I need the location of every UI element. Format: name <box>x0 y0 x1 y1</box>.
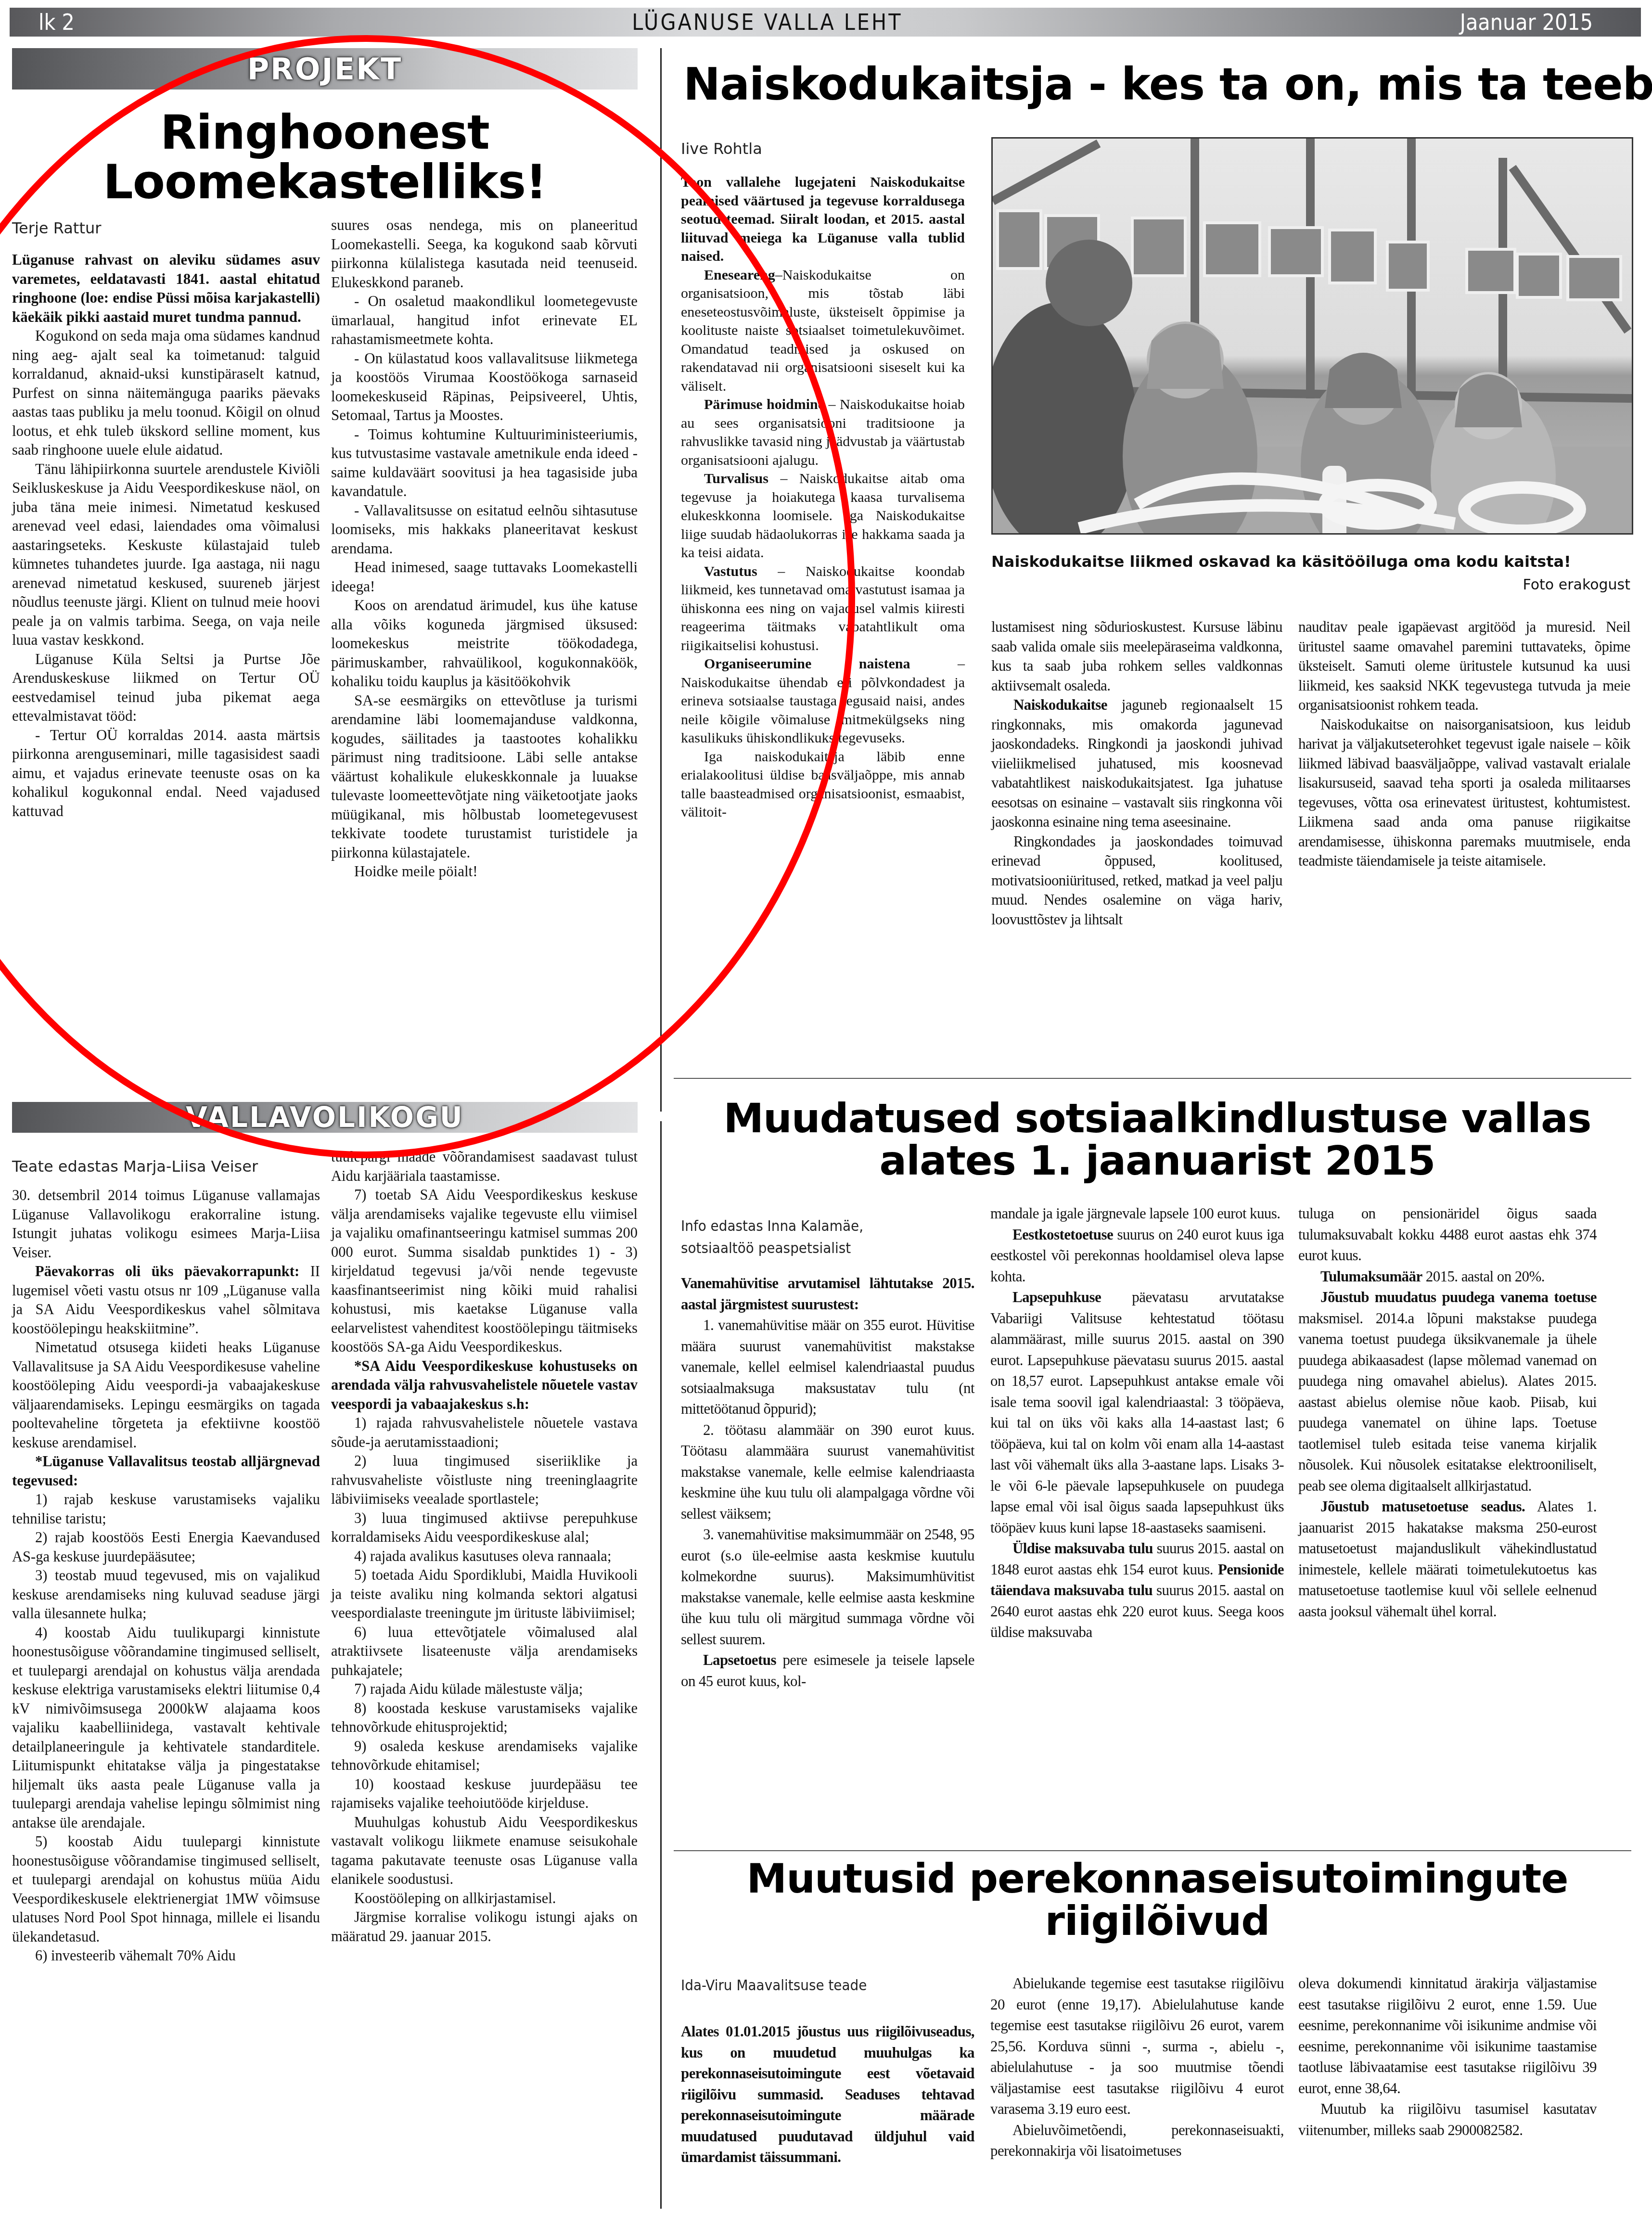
paragraph: 1) rajada rahvusvahelistele nõuetele vas… <box>331 1414 638 1452</box>
article-column: tuulepargi maade võõrandamisest saadavas… <box>331 1148 638 1946</box>
article-column: mandale ja igale järgnevale lapsele 100 … <box>990 1203 1284 1643</box>
paragraph: oleva dokumendi kinnitatud ärakirja välj… <box>1298 1973 1597 2099</box>
paragraph: mandale ja igale järgnevale lapsele 100 … <box>990 1203 1284 1224</box>
paragraph: tuluga on pensionäridel õigus saada tulu… <box>1298 1203 1597 1266</box>
paragraph: Abielukande tegemise eest tasutakse riig… <box>990 1973 1284 2120</box>
paragraph: Jõustub matusetoetuse seadus. Alates 1. … <box>1298 1496 1597 1622</box>
paragraph: 9) osaleda keskuse arendamiseks vajalike… <box>331 1737 638 1775</box>
byline: Ida-Viru Maavalitsuse teade <box>681 1977 867 1994</box>
paragraph: Eestkostetoetuse suurus on 240 eurot kuu… <box>990 1224 1284 1287</box>
paragraph: - Vallavalitsusse on esitatud eelnõu sih… <box>331 501 638 558</box>
paragraph: *Lüganuse Vallavalitsus teostab alljärgn… <box>12 1452 320 1490</box>
paragraph: Organiseerumine naistena – Naiskodukaits… <box>681 655 965 748</box>
paragraph-text: jaguneb regionaalselt 15 ringkonnaks, mi… <box>991 696 1282 830</box>
title-line: Ringhoonest <box>12 108 638 158</box>
paragraph: nauditav peale igapäevast argitööd ja mu… <box>1298 617 1630 715</box>
photo-caption: Naiskodukaitse liikmed oskavad ka käsitö… <box>991 552 1571 571</box>
paragraph: 3) teostab muud tegevused, mis on vajali… <box>12 1566 320 1624</box>
paragraph: 10) koostaad keskuse juurdepääsu tee raj… <box>331 1775 638 1813</box>
paragraph: Kogukond on seda maja oma südames kandnu… <box>12 326 320 460</box>
paragraph: Lapsetoetus pere esimesele ja teisele la… <box>681 1650 974 1691</box>
paragraph: Koostööleping on allkirjastamisel. <box>331 1889 638 1908</box>
byline-line: Info edastas Inna Kalamäe, <box>681 1215 863 1237</box>
article-column: Vanemahüvitise arvutamisel lähtutakse 20… <box>681 1273 974 1691</box>
page-number: lk 2 <box>10 9 75 35</box>
bold-term: Eneseareng <box>704 267 775 283</box>
photo-credit: Foto erakogust <box>991 576 1630 593</box>
paragraph: Naiskodukaitse jaguneb regionaalselt 15 … <box>991 695 1282 832</box>
article-column: Toon vallalehe lugejateni Naiskodukaitse… <box>681 173 965 822</box>
paragraph: tuulepargi maade võõrandamisest saadavas… <box>331 1148 638 1186</box>
paragraph: *SA Aidu Veespordikeskuse kohustuseks on… <box>331 1357 638 1414</box>
paragraph: Muuhulgas kohustub Aidu Veespordikeskus … <box>331 1813 638 1889</box>
article-column: 30. detsembril 2014 toimus Lüganuse vall… <box>12 1186 320 1966</box>
paragraph: Lüganuse Küla Seltsi ja Purtse Jõe Arend… <box>12 650 320 726</box>
title-line: Loomekastelliks! <box>12 158 638 207</box>
paragraph: Pärimuse hoidmine – Naiskodukaitse hoiab… <box>681 396 965 470</box>
page-header: lk 2 LÜGANUSE VALLA LEHT Jaanuar 2015 <box>10 8 1641 37</box>
paragraph: Tulumaksumäär 2015. aastal on 20%. <box>1298 1266 1597 1287</box>
paragraph: Muutub ka riigilõivu tasumisel kasutatav… <box>1298 2099 1597 2140</box>
paragraph: lustamisest ning sõdurioskustest. Kursus… <box>991 617 1282 695</box>
title-line: alates 1. jaanuarist 2015 <box>674 1139 1641 1182</box>
article-title-projekt: Ringhoonest Loomekastelliks! <box>12 108 638 207</box>
byline: Iive Rohtla <box>681 140 762 158</box>
article-title-naiskodu: Naiskodukaitsja - kes ta on, mis ta teeb… <box>674 62 1651 108</box>
bold-term: Organiseerumine naistena <box>704 656 910 672</box>
article-column: tuluga on pensionäridel õigus saada tulu… <box>1298 1203 1597 1622</box>
paragraph: 6) investeerib vähemalt 70% Aidu <box>12 1946 320 1966</box>
paragraph: 6) luua ettevõtjatele võimalused alal at… <box>331 1623 638 1680</box>
paragraph: 5) koostab Aidu tuulepargi kinnistute ho… <box>12 1832 320 1946</box>
paragraph: Järgmise korralise volikogu istungi ajak… <box>331 1908 638 1946</box>
title-line: Muutusid perekonnaseisutoimingute <box>674 1857 1641 1900</box>
paragraph: Ringkondades ja jaoskondades toimuvad er… <box>991 832 1282 930</box>
paragraph: 3) luua tingimused aktiivse perepuhkuse … <box>331 1509 638 1547</box>
section-label: PROJEKT <box>247 51 403 87</box>
section-label: VALLAVOLIKOGU <box>186 1101 464 1134</box>
paragraph: 2) luua tingimused siseriiklike ja rahvu… <box>331 1452 638 1509</box>
title-line: riigilõivud <box>674 1900 1641 1942</box>
section-banner-projekt: PROJEKT <box>12 48 638 90</box>
paragraph: Jõustub muudatus puudega vanema toetuse … <box>1298 1287 1597 1496</box>
article-title-riigiloiv: Muutusid perekonnaseisutoimingute riigil… <box>674 1857 1641 1942</box>
bold-term: Naiskodukaitse <box>1013 696 1107 713</box>
column-divider <box>660 1121 662 2209</box>
paragraph: 8) koostada keskuse varustamiseks vajali… <box>331 1699 638 1737</box>
photo-image <box>993 139 1632 533</box>
paragraph: Abieluvõimetõendi, perekonnaseisuakti, p… <box>990 2120 1284 2162</box>
issue-date: Jaanuar 2015 <box>1460 9 1641 35</box>
section-divider <box>674 1850 1631 1851</box>
paragraph: Turvalisus – Naiskodukaitse aitab oma te… <box>681 470 965 563</box>
term-paragraphs: Eneseareng–Naiskodukaitse on organisatsi… <box>681 266 965 822</box>
paragraph: - Tertur OÜ korraldas 2014. aasta märtsi… <box>12 726 320 821</box>
paragraph: Head inimesed, saage tuttavaks Loomekast… <box>331 558 638 596</box>
lead-paragraph: Lüganuse rahvast on aleviku südames asuv… <box>12 250 320 326</box>
paragraph: 2) rajab koostöös Eesti Energia Kaevandu… <box>12 1528 320 1566</box>
paragraph: Iga naiskodukaitsja läbib enne erialakoo… <box>681 748 965 822</box>
paragraph: 1) rajab keskuse varustamiseks vajaliku … <box>12 1490 320 1528</box>
byline: Teate edastas Marja-Liisa Veiser <box>12 1157 258 1176</box>
paragraph: - On külastatud koos vallavalitsuse liik… <box>331 349 638 425</box>
paragraph: 7) toetab SA Aidu Veespordikeskus keskus… <box>331 1186 638 1357</box>
section-divider <box>674 1078 1631 1079</box>
paragraph: Koos on arendatud ärimudel, kus ühe katu… <box>331 596 638 691</box>
paragraph: Üldise maksuvaba tulu suurus 2015. aasta… <box>990 1538 1284 1643</box>
paragraph: Päevakorras oli üks päevakorrapunkt: II … <box>12 1262 320 1338</box>
paragraph: - Toimus kohtumine Kultuuriministeeriumi… <box>331 425 638 501</box>
article-column: nauditav peale igapäevast argitööd ja mu… <box>1298 617 1630 871</box>
paragraph: - On osaletud maakondlikul loometegevust… <box>331 292 638 349</box>
paragraph: 4) koostab Aidu tuulikupargi kinnistute … <box>12 1624 320 1833</box>
article-column: Abielukande tegemise eest tasutakse riig… <box>990 1973 1284 2162</box>
lead-paragraph: Alates 01.01.2015 jõustus uus riigilõivu… <box>681 2021 974 2168</box>
title-line: Muudatused sotsiaalkindlustuse vallas <box>674 1097 1641 1139</box>
paragraph: Lapsepuhkuse päevatasu arvutatakse Vabar… <box>990 1287 1284 1538</box>
paragraph: 2. töötasu alammäär on 390 eurot kuus. T… <box>681 1420 974 1524</box>
bold-term: Turvalisus <box>704 471 768 486</box>
article-column: Lüganuse rahvast on aleviku südames asuv… <box>12 250 320 820</box>
lead-paragraph: Vanemahüvitise arvutamisel lähtutakse 20… <box>681 1273 974 1315</box>
lead-paragraph: Toon vallalehe lugejateni Naiskodukaitse… <box>681 173 965 266</box>
paragraph: suures osas nendega, mis on planeeritud … <box>331 216 638 292</box>
article-column: suures osas nendega, mis on planeeritud … <box>331 216 638 881</box>
paragraph: Tänu lähipiirkonna suurtele arendustele … <box>12 460 320 650</box>
paragraph: Nimetatud otsusega kiideti heaks Lüganus… <box>12 1338 320 1452</box>
section-banner-vallavolikogu: VALLAVOLIKOGU <box>12 1102 638 1133</box>
publication-title: LÜGANUSE VALLA LEHT <box>632 9 902 35</box>
photo-women-handicraft <box>991 137 1633 535</box>
article-column: lustamisest ning sõdurioskustest. Kursus… <box>991 617 1282 929</box>
byline: Terje Rattur <box>12 219 101 237</box>
paragraph: SA-se eesmärgiks on ettevõtluse ja turis… <box>331 691 638 862</box>
bold-term: Vastutus <box>704 563 757 579</box>
paragraph: Vastutus – Naiskodukaitse koondab liikme… <box>681 563 965 655</box>
paragraph: 5) toetada Aidu Spordiklubi, Maidla Huvi… <box>331 1566 638 1623</box>
paragraph: 3. vanemahüvitise maksimummäär on 2548, … <box>681 1524 974 1650</box>
byline-line: sotsiaaltöö peaspetsialist <box>681 1237 863 1259</box>
article-column: oleva dokumendi kinnitatud ärakirja välj… <box>1298 1973 1597 2140</box>
paragraph: 4) rajada avalikus kasutuses oleva ranna… <box>331 1547 638 1566</box>
paragraph: Hoidke meile pöialt! <box>331 862 638 881</box>
paragraph: 1. vanemahüvitise määr on 355 eurot. Hüv… <box>681 1315 974 1420</box>
article-title-sotsiaal: Muudatused sotsiaalkindlustuse vallas al… <box>674 1097 1641 1182</box>
column-divider <box>660 48 662 1112</box>
paragraph: Naiskodukaitse on naisorganisatsioon, ku… <box>1298 715 1630 871</box>
bold-term: Pärimuse hoidmine <box>704 397 824 412</box>
paragraph: 30. detsembril 2014 toimus Lüganuse vall… <box>12 1186 320 1262</box>
paragraph: 7) rajada Aidu külade mälestuste välja; <box>331 1680 638 1699</box>
byline: Info edastas Inna Kalamäe, sotsiaaltöö p… <box>681 1215 863 1259</box>
paragraph: Eneseareng–Naiskodukaitse on organisatsi… <box>681 266 965 396</box>
